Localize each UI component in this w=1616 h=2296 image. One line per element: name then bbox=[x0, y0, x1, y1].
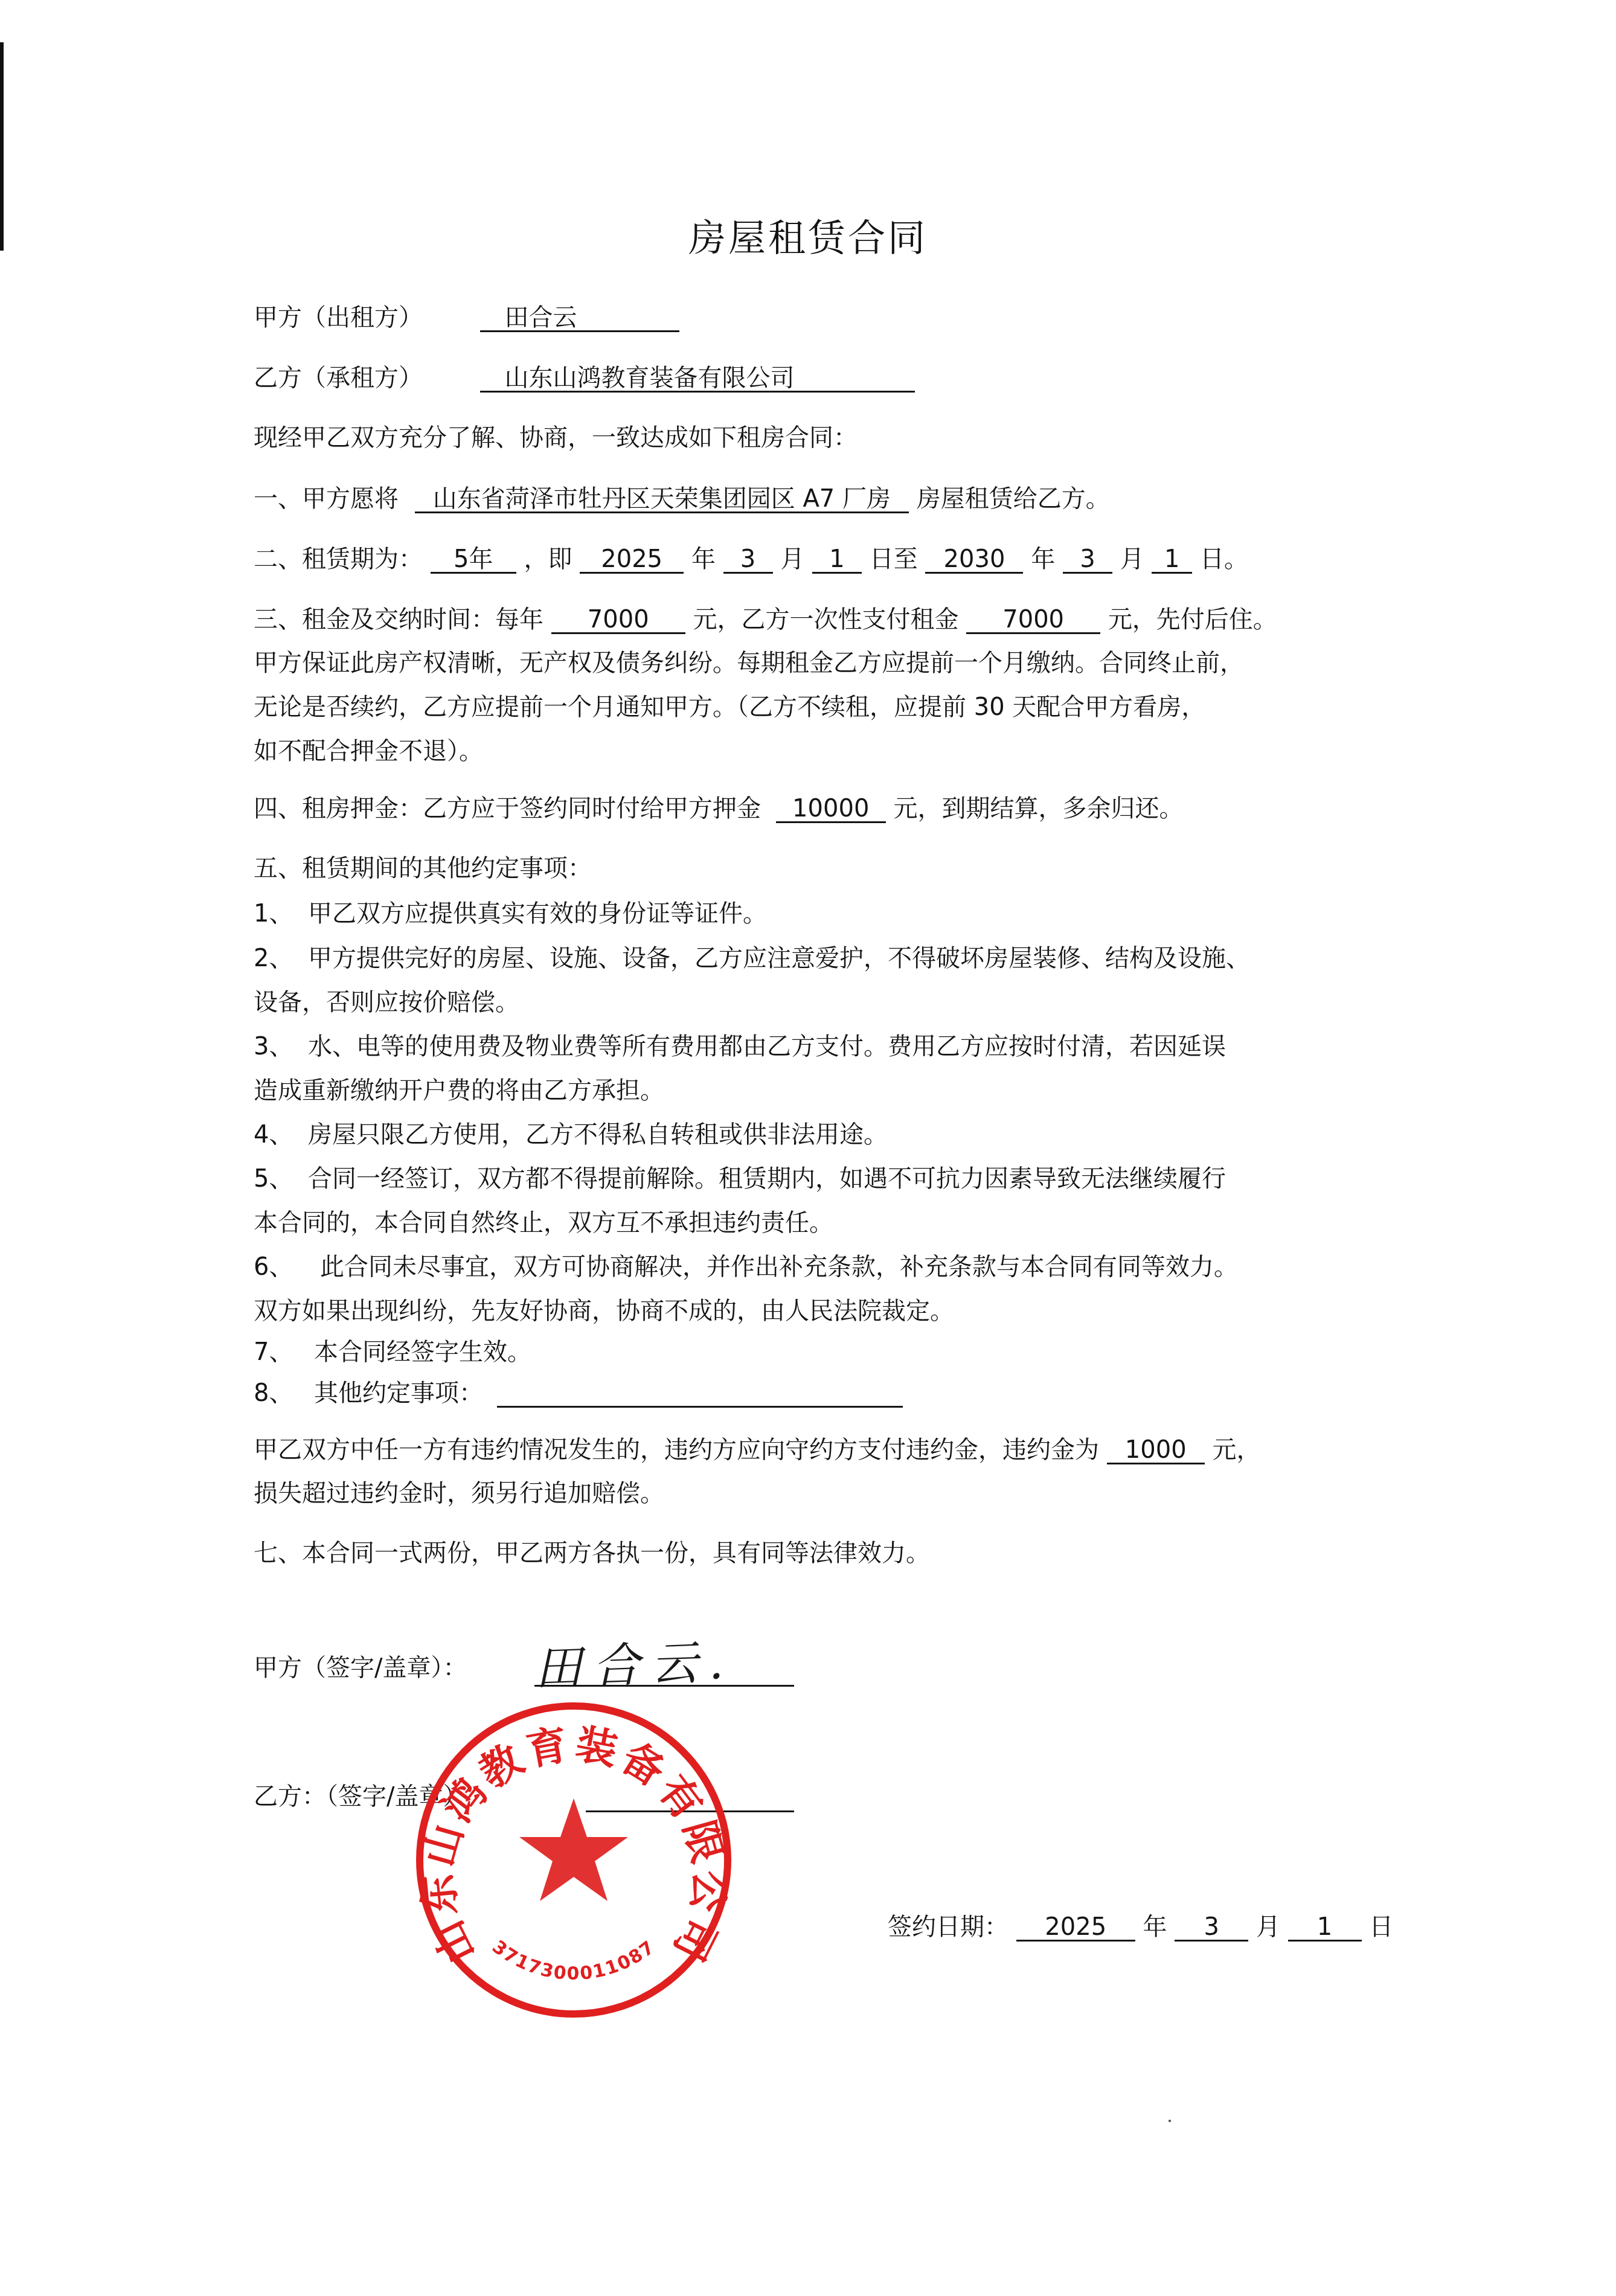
item-number: 7、 bbox=[254, 1340, 314, 1364]
clause-5-item-7: 7、本合同经签字生效。 bbox=[254, 1340, 531, 1364]
month-label: 月 bbox=[1120, 545, 1144, 573]
party-a-label: 甲方（出租方） bbox=[254, 304, 423, 332]
clause-3-line-3: 无论是否续约，乙方应提前一个月通知甲方。（乙方不续租，应提前 30 天配合甲方看… bbox=[254, 695, 1205, 719]
item-text: 其他约定事项： bbox=[314, 1379, 483, 1407]
to-label: 日至 bbox=[870, 545, 918, 573]
penalty-prefix: 甲乙双方中任一方有违约情况发生的，违约方应向守约方支付违约金，违约金为 bbox=[254, 1436, 1099, 1464]
clause-5-item-6: 6、此合同未尽事宜，双方可协商解决，并作出补充条款，补充条款与本合同有同等效力。 bbox=[254, 1255, 1238, 1279]
clause-3-line-4: 如不配合押金不退）。 bbox=[254, 739, 483, 763]
clause-3-line-2: 甲方保证此房产权清晰，无产权及债务纠纷。每期租金乙方应提前一个月缴纳。合同终止前… bbox=[254, 651, 1244, 675]
signing-date-label: 签约日期： bbox=[888, 1913, 1008, 1941]
clause-7: 七、本合同一式两份，甲乙两方各执一份，具有同等法律效力。 bbox=[254, 1541, 930, 1565]
start-month: 3 bbox=[723, 547, 773, 574]
clause-3-prefix: 三、租金及交纳时间：每年 bbox=[254, 606, 543, 633]
item-number: 6、 bbox=[254, 1255, 320, 1279]
day-label: 日。 bbox=[1200, 545, 1248, 573]
star-icon bbox=[519, 1798, 628, 1901]
end-day: 1 bbox=[1152, 547, 1192, 574]
clause-5-item-5-cont: 本合同的，本合同自然终止，双方互不承担违约责任。 bbox=[254, 1211, 833, 1235]
clause-5-item-5: 5、合同一经签订，双方都不得提前解除。租赁期内，如遇不可抗力因素导致无法继续履行 bbox=[254, 1167, 1226, 1191]
clause-2-ji: ，即 bbox=[524, 545, 572, 573]
clause-1-suffix: 房屋租赁给乙方。 bbox=[917, 485, 1110, 513]
property-address: 山东省菏泽市牡丹区天荣集团园区 A7 厂房 bbox=[415, 486, 909, 513]
clause-1: 一、甲方愿将 山东省菏泽市牡丹区天荣集团园区 A7 厂房 房屋租赁给乙方。 bbox=[254, 486, 1110, 513]
clause-5-item-1: 1、甲乙双方应提供真实有效的身份证等证件。 bbox=[254, 902, 767, 926]
penalty-suffix: 元， bbox=[1212, 1436, 1260, 1464]
signing-year: 2025 bbox=[1016, 1914, 1135, 1942]
item-text: 此合同未尽事宜，双方可协商解决，并作出补充条款，补充条款与本合同有同等效力。 bbox=[320, 1253, 1238, 1281]
clause-2: 二、租赁期为： 5年 ，即 2025 年 3 月 1 日至 2030 年 3 月… bbox=[254, 547, 1248, 574]
clause-5-item-4: 4、房屋只限乙方使用，乙方不得私自转租或供非法用途。 bbox=[254, 1123, 888, 1147]
penalty-line-1: 甲乙双方中任一方有违约情况发生的，违约方应向守约方支付违约金，违约金为 1000… bbox=[254, 1437, 1260, 1464]
penalty-amount: 1000 bbox=[1107, 1437, 1205, 1464]
item-number: 8、 bbox=[254, 1381, 314, 1405]
clause-5-heading: 五、租赁期间的其他约定事项： bbox=[254, 856, 592, 880]
year-label: 年 bbox=[1143, 1913, 1167, 1941]
intro-text: 现经甲乙双方充分了解、协商，一致达成如下租房合同： bbox=[254, 426, 858, 450]
party-b-name: 山东山鸿教育装备有限公司 bbox=[480, 365, 915, 393]
item-number: 3、 bbox=[254, 1034, 308, 1059]
other-terms-blank bbox=[497, 1380, 903, 1408]
document-title: 房屋租赁合同 bbox=[0, 208, 1616, 262]
annual-rent: 7000 bbox=[551, 607, 685, 634]
clause-5-item-8: 8、其他约定事项： bbox=[254, 1380, 903, 1408]
item-text: 房屋只限乙方使用，乙方不得私自转租或供非法用途。 bbox=[308, 1121, 888, 1149]
clause-4-prefix: 四、租房押金：乙方应于签约同时付给甲方押金 bbox=[254, 795, 761, 823]
signing-date: 签约日期： 2025 年 3 月 1 日 bbox=[888, 1914, 1393, 1942]
clause-5-item-3: 3、水、电等的使用费及物业费等所有费用都由乙方支付。费用乙方应按时付清，若因延误 bbox=[254, 1034, 1226, 1059]
year-label: 年 bbox=[1031, 545, 1055, 573]
clause-5-item-2-cont: 设备，否则应按价赔偿。 bbox=[254, 990, 519, 1015]
item-number: 4、 bbox=[254, 1123, 308, 1147]
party-a-signature-line bbox=[534, 1685, 794, 1687]
clause-3-line-1: 三、租金及交纳时间：每年 7000 元，乙方一次性支付租金 7000 元，先付后… bbox=[254, 607, 1277, 634]
party-a-handwritten-signature: 田合云. bbox=[533, 1624, 736, 1698]
start-year: 2025 bbox=[580, 547, 684, 574]
end-year: 2030 bbox=[925, 547, 1023, 574]
clause-1-prefix: 一、甲方愿将 bbox=[254, 485, 399, 513]
item-text: 甲乙双方应提供真实有效的身份证等证件。 bbox=[308, 900, 767, 928]
party-b-line: 乙方（承租方） 山东山鸿教育装备有限公司 bbox=[254, 365, 915, 393]
clause-2-prefix: 二、租赁期为： bbox=[254, 545, 423, 573]
clause-3-suffix: 元，先付后住。 bbox=[1108, 606, 1277, 633]
item-text: 水、电等的使用费及物业费等所有费用都由乙方支付。费用乙方应按时付清，若因延误 bbox=[308, 1033, 1226, 1060]
clause-4-suffix: 元，到期结算，多余归还。 bbox=[893, 795, 1183, 823]
signing-day: 1 bbox=[1288, 1914, 1362, 1942]
party-a-signature-label: 甲方（签字/盖章）： bbox=[254, 1656, 467, 1680]
lump-sum-rent: 7000 bbox=[966, 607, 1100, 634]
clause-3-mid: 元，乙方一次性支付租金 bbox=[693, 606, 958, 633]
clause-5-item-6-cont: 双方如果出现纠纷，先友好协商，协商不成的，由人民法院裁定。 bbox=[254, 1299, 954, 1323]
party-a-name: 田合云 bbox=[480, 305, 679, 332]
company-seal: 山东山鸿教育装备有限公司 3717300011087 bbox=[411, 1697, 737, 2023]
item-number: 1、 bbox=[254, 902, 308, 926]
year-label: 年 bbox=[691, 545, 716, 573]
clause-5-item-2: 2、甲方提供完好的房屋、设施、设备，乙方应注意爱护，不得破坏房屋装修、结构及设施… bbox=[254, 946, 1250, 970]
end-month: 3 bbox=[1063, 547, 1112, 574]
deposit-amount: 10000 bbox=[776, 796, 886, 823]
item-text: 甲方提供完好的房屋、设施、设备，乙方应注意爱护，不得破坏房屋装修、结构及设施、 bbox=[308, 944, 1250, 972]
item-text: 本合同经签字生效。 bbox=[314, 1338, 531, 1366]
month-label: 月 bbox=[1256, 1913, 1280, 1941]
item-number: 5、 bbox=[254, 1167, 308, 1191]
start-day: 1 bbox=[812, 547, 862, 574]
signing-month: 3 bbox=[1175, 1914, 1248, 1942]
item-text: 合同一经签订，双方都不得提前解除。租赁期内，如遇不可抗力因素导致无法继续履行 bbox=[308, 1165, 1226, 1193]
seal-registration-number: 3717300011087 bbox=[488, 1936, 659, 1984]
scan-speck bbox=[1169, 2120, 1171, 2122]
party-a-line: 甲方（出租方） 田合云 bbox=[254, 305, 679, 332]
clause-4: 四、租房押金：乙方应于签约同时付给甲方押金 10000 元，到期结算，多余归还。 bbox=[254, 796, 1183, 823]
contract-page: 房屋租赁合同 甲方（出租方） 田合云 乙方（承租方） 山东山鸿教育装备有限公司 … bbox=[0, 0, 1616, 2296]
lease-term: 5年 bbox=[431, 547, 516, 574]
item-number: 2、 bbox=[254, 946, 308, 970]
month-label: 月 bbox=[780, 545, 804, 573]
day-label: 日 bbox=[1369, 1913, 1393, 1941]
party-b-label: 乙方（承租方） bbox=[254, 364, 423, 392]
clause-5-item-3-cont: 造成重新缴纳开户费的将由乙方承担。 bbox=[254, 1079, 664, 1103]
penalty-line-2: 损失超过违约金时，须另行追加赔偿。 bbox=[254, 1481, 664, 1506]
